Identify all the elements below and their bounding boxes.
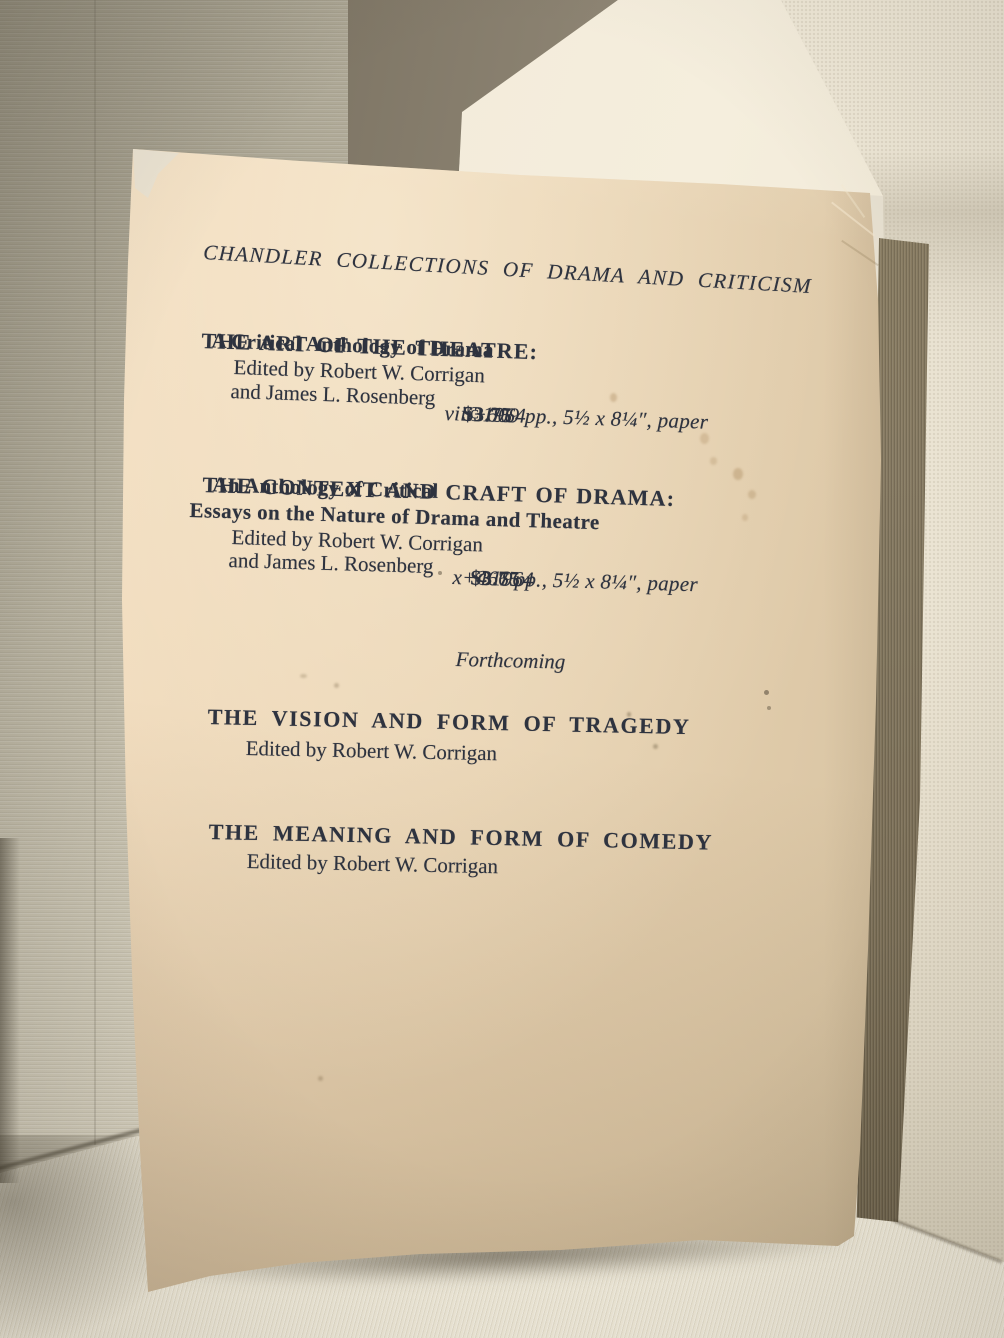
stain-speck xyxy=(334,683,339,688)
stain-speck xyxy=(653,744,658,749)
forthcoming-2-editor: Edited by Robert W. Corrigan xyxy=(246,849,498,879)
stain-speck xyxy=(748,490,756,499)
listing-2-price: $3.75 xyxy=(470,566,520,592)
stain-speck xyxy=(733,468,743,480)
stain-speck xyxy=(300,674,307,678)
frame-edge-shadow xyxy=(0,838,20,1183)
left-wall-seam xyxy=(94,0,96,1145)
listing-1-price: $3.75 xyxy=(462,402,513,429)
stain-speck xyxy=(742,514,748,521)
photo-scene: CHANDLER COLLECTIONS OF DRAMA AND CRITIC… xyxy=(0,0,1004,1338)
stain-speck xyxy=(318,1076,323,1081)
stain-speck xyxy=(764,690,769,695)
stain-speck xyxy=(710,457,717,465)
stain-speck xyxy=(767,706,771,710)
stain-speck xyxy=(438,571,442,575)
forthcoming-heading: Forthcoming xyxy=(455,647,565,675)
forthcoming-1-editor: Edited by Robert W. Corrigan xyxy=(245,736,497,766)
stain-speck xyxy=(610,393,617,402)
